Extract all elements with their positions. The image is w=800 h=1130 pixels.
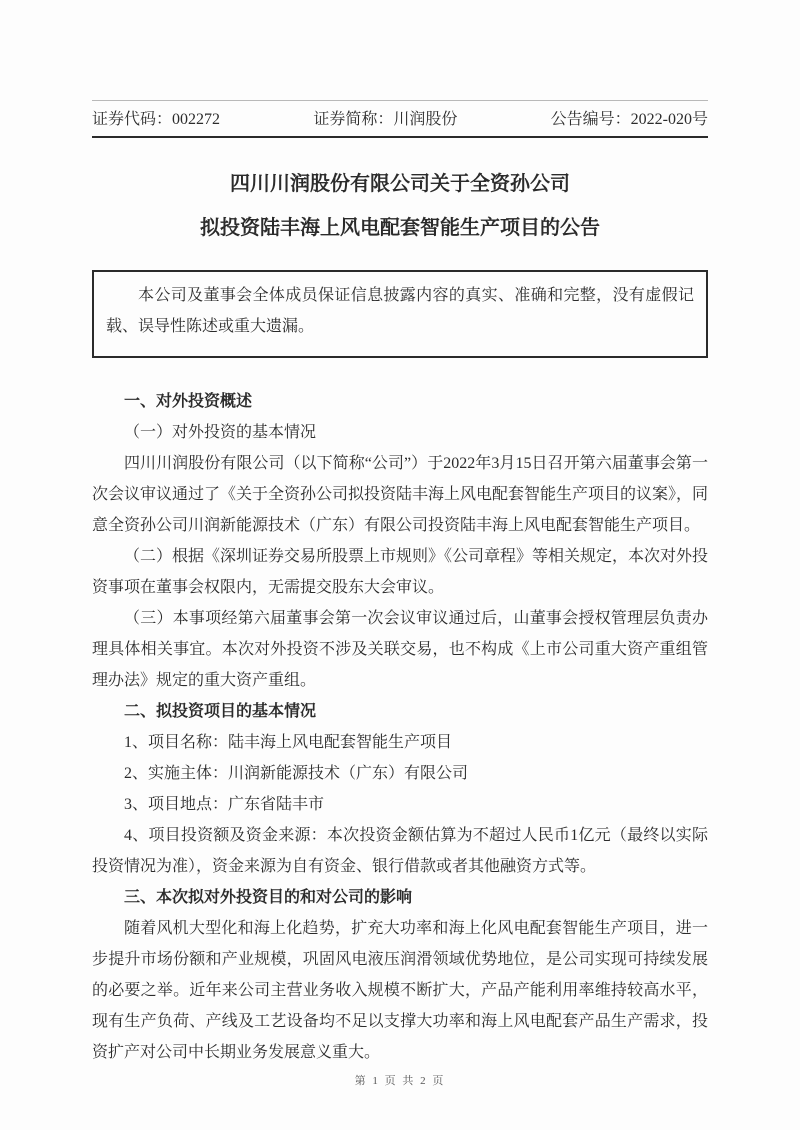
paragraph-authorization: （三）本事项经第六届董事会第一次会议审议通过后，山董事会授权管理层负责办理具体相… <box>92 603 708 696</box>
document-title-line1: 四川川润股份有限公司关于全资孙公司 <box>92 162 708 206</box>
stock-code: 证券代码：002272 <box>92 106 220 129</box>
paragraph-rules-approval: （二）根据《深圳证券交易所股票上市规则》《公司章程》等相关规定，本次对外投资事项… <box>92 541 708 603</box>
disclaimer-text: 本公司及董事会全体成员保证信息披露内容的真实、准确和完整，没有虚假记载、误导性陈… <box>106 287 694 335</box>
announcement-number: 公告编号：2022-020号 <box>551 106 708 129</box>
disclaimer-box: 本公司及董事会全体成员保证信息披露内容的真实、准确和完整，没有虚假记载、误导性陈… <box>92 270 708 358</box>
stock-short-name: 证券简称：川润股份 <box>313 106 457 129</box>
section-heading-purpose-impact: 三、本次拟对外投资目的和对公司的影响 <box>92 882 708 913</box>
document-page: 证券代码：002272 证券简称：川润股份 公告编号：2022-020号 四川川… <box>0 0 800 1130</box>
page-number-footer: 第 1 页 共 2 页 <box>92 1072 708 1088</box>
paragraph-board-meeting: 四川川润股份有限公司（以下简称“公司”）于2022年3月15日召开第六届董事会第… <box>92 448 708 541</box>
list-item-investment-amount: 4、项目投资额及资金来源：本次投资金额估算为不超过人民币1亿元（最终以实际投资情… <box>92 820 708 882</box>
list-item-project-name: 1、项目名称：陆丰海上风电配套智能生产项目 <box>92 727 708 758</box>
section-heading-project-info: 二、拟投资项目的基本情况 <box>92 696 708 727</box>
document-title-line2: 拟投资陆丰海上风电配套智能生产项目的公告 <box>92 206 708 250</box>
securities-header-bar: 证券代码：002272 证券简称：川润股份 公告编号：2022-020号 <box>92 100 708 138</box>
list-item-implementing-entity: 2、实施主体：川润新能源技术（广东）有限公司 <box>92 758 708 789</box>
paragraph-impact-analysis: 随着风机大型化和海上化趋势，扩充大功率和海上化风电配套智能生产项目，进一步提升市… <box>92 913 708 1068</box>
page-number-text: 第 1 页 共 2 页 <box>355 1075 446 1087</box>
document-body: 一、对外投资概述 （一）对外投资的基本情况 四川川润股份有限公司（以下简称“公司… <box>92 386 708 1068</box>
document-title: 四川川润股份有限公司关于全资孙公司 拟投资陆丰海上风电配套智能生产项目的公告 <box>92 162 708 250</box>
list-item-project-location: 3、项目地点：广东省陆丰市 <box>92 789 708 820</box>
subsection-basic-situation: （一）对外投资的基本情况 <box>92 417 708 448</box>
section-heading-overview: 一、对外投资概述 <box>92 386 708 417</box>
